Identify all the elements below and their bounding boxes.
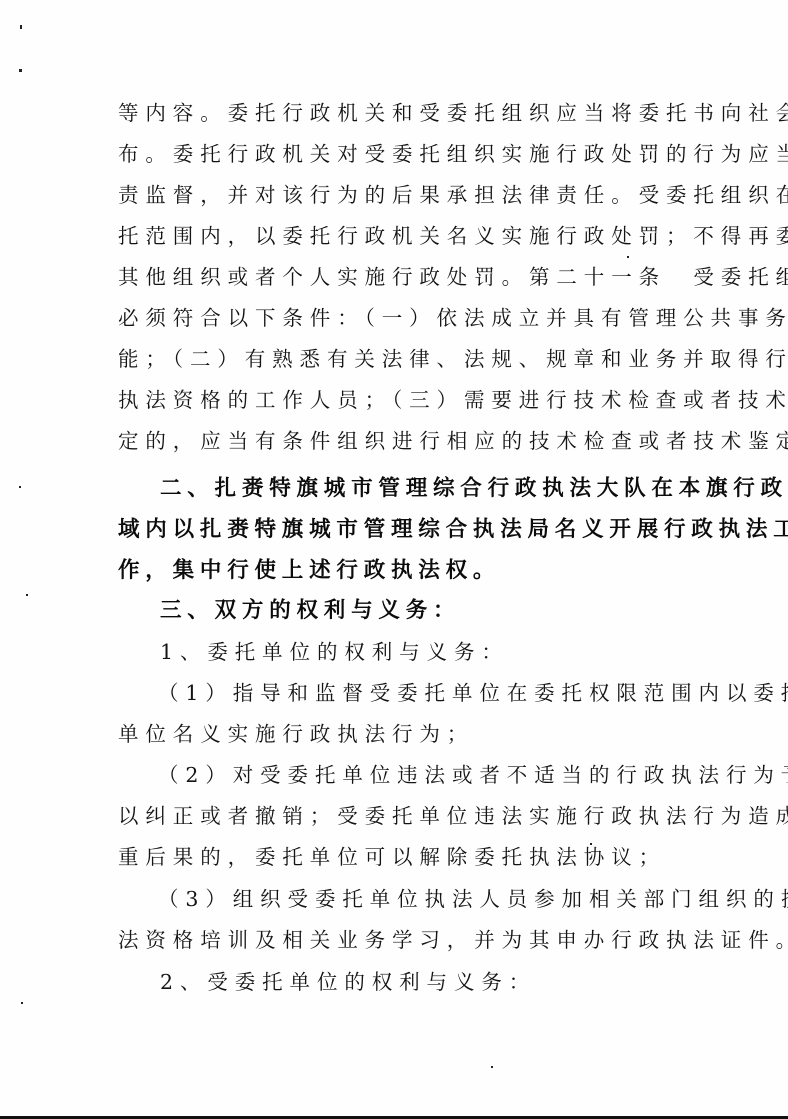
text-line: 责监督，并对该行为的后果承担法律责任。受委托组织在委 [118,180,670,210]
section-heading-3: 三、双方的权利与义务： [160,596,670,626]
text-line: 单位名义实施行政执法行为； [118,719,670,749]
section-heading-2: 二、扎赉特旗城市管理综合行政执法大队在本旗行政区 [160,474,670,504]
subsection-heading-2: 2、受委托单位的权利与义务： [160,967,670,997]
scan-speck [19,69,22,72]
list-item-1: （1）指导和监督受委托单位在委托权限范围内以委托 [158,678,670,708]
text-line: 其他组织或者个人实施行政处罚。第二十一条 受委托组织 [118,262,670,292]
list-item-3: （3）组织受委托单位执法人员参加相关部门组织的执 [158,884,670,914]
scan-speck [491,1066,493,1068]
text-line: 托范围内，以委托行政机关名义实施行政处罚；不得再委托 [118,221,670,251]
scanned-document-page: 等内容。委托行政机关和受委托组织应当将委托书向社会公 布。委托行政机关对受委托组… [0,0,788,1119]
scan-speck [21,1002,23,1004]
text-line: 重后果的，委托单位可以解除委托执法协议； [118,842,670,872]
scan-speck [20,25,22,29]
text-line: 必须符合以下条件：（一）依法成立并具有管理公共事务职 [118,303,670,333]
text-line: 定的，应当有条件组织进行相应的技术检查或者技术鉴定。 [118,426,670,456]
subsection-heading-1: 1、委托单位的权利与义务： [160,637,670,667]
scan-speck [590,843,592,845]
text-line: 等内容。委托行政机关和受委托组织应当将委托书向社会公 [118,98,670,128]
bold-text-line: 作，集中行使上述行政执法权。 [118,556,670,586]
scan-speck [19,486,21,488]
text-line: 以纠正或者撤销；受委托单位违法实施行政执法行为造成严 [118,801,670,831]
text-line: 布。委托行政机关对受委托组织实施行政处罚的行为应当负 [118,139,670,169]
scan-speck [26,594,28,596]
bold-text-line: 域内以扎赉特旗城市管理综合执法局名义开展行政执法工 [118,515,670,545]
list-item-2: （2）对受委托单位违法或者不适当的行政执法行为予 [158,760,670,790]
scan-speck [627,256,629,258]
text-line: 法资格培训及相关业务学习，并为其申办行政执法证件。 [118,925,670,955]
text-line: 执法资格的工作人员；（三）需要进行技术检查或者技术鉴 [118,385,670,415]
text-line: 能；（二）有熟悉有关法律、法规、规章和业务并取得行政 [118,344,670,374]
